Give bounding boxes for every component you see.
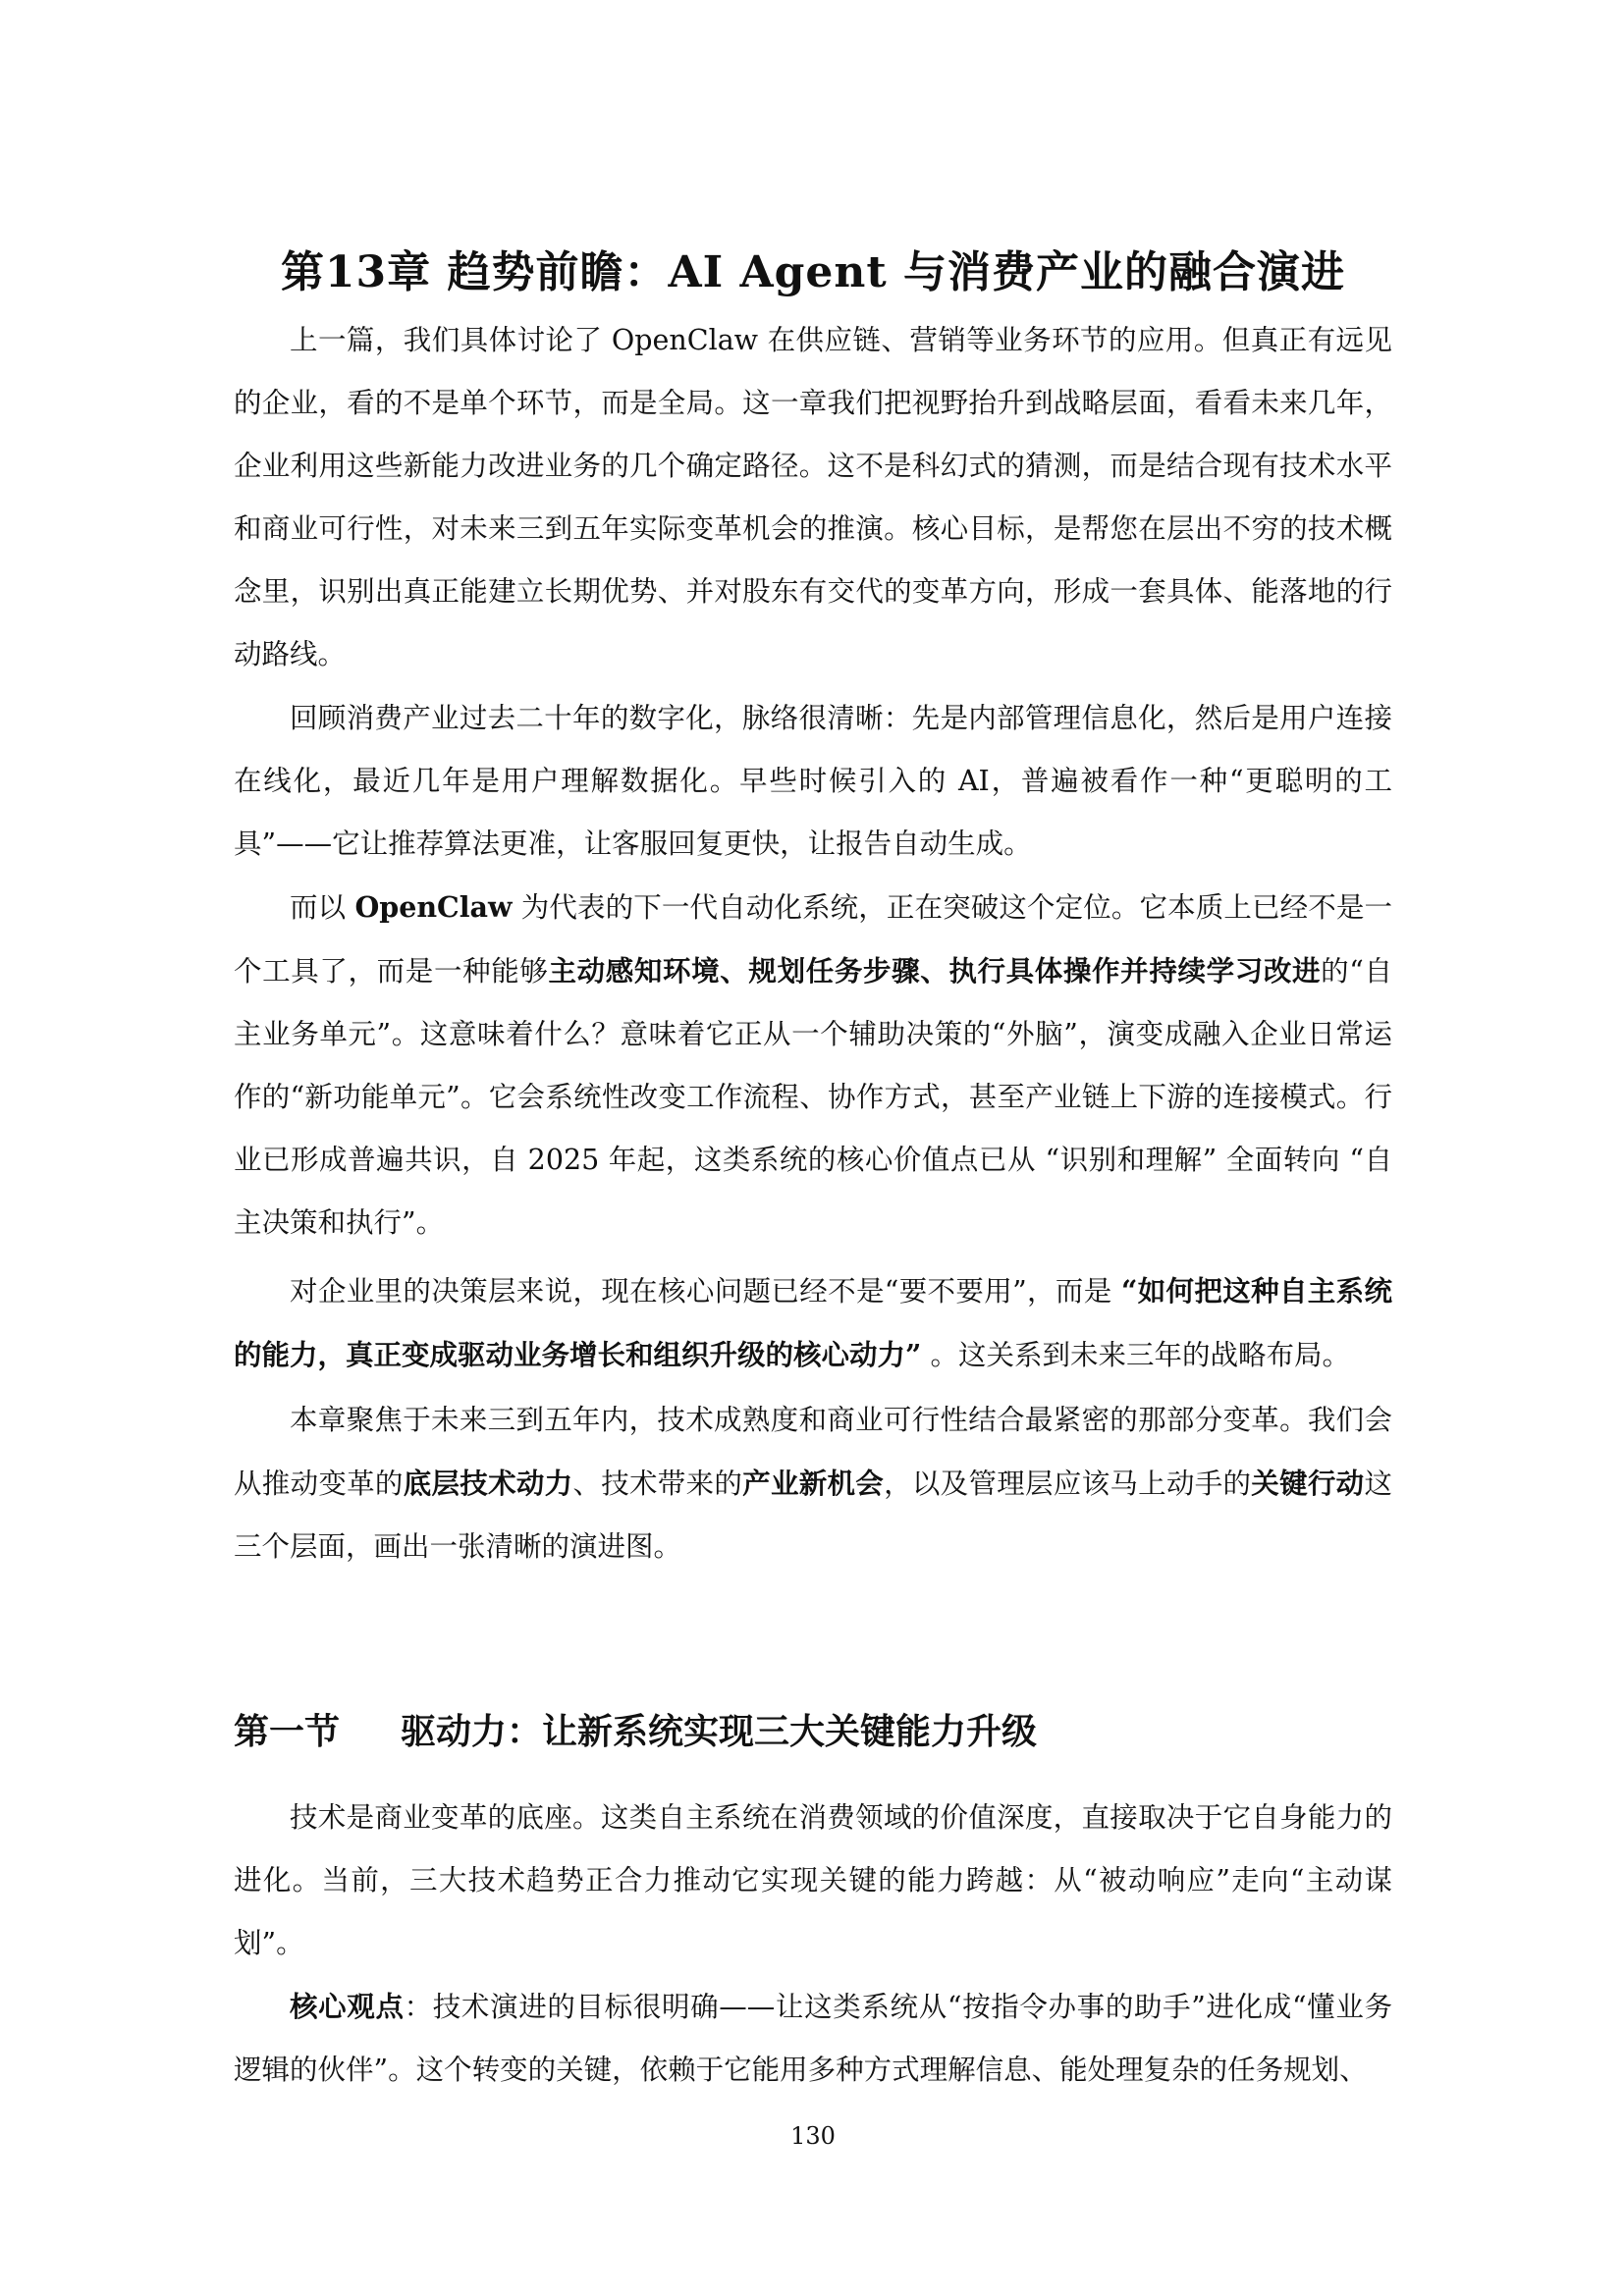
text-segment: 、技术带来的 <box>572 1468 742 1500</box>
paragraph-history: 回顾消费产业过去二十年的数字化，脉络很清晰：先是内部管理信息化，然后是用户连接在… <box>234 687 1392 876</box>
text-segment: ，以及管理层应该马上动手的 <box>884 1468 1251 1500</box>
text-segment: 。这关系到未来三年的战略布局。 <box>921 1339 1350 1371</box>
paragraph-openclaw: 而以 OpenClaw 为代表的下一代自动化系统，正在突破这个定位。它本质上已经… <box>234 876 1392 1255</box>
page-number: 130 <box>234 2122 1392 2150</box>
bold-text: 核心观点 <box>290 1990 405 2023</box>
section-heading: 驱动力：让新系统实现三大关键能力升级 <box>401 1712 1037 1752</box>
text-segment: 而以 <box>290 891 354 924</box>
paragraph-focus: 本章聚焦于未来三到五年内，技术成熟度和商业可行性结合最紧密的那部分变革。我们会从… <box>234 1389 1392 1578</box>
text-segment: 技术是商业变革的底座。这类自主系统在消费领域的价值深度，直接取决于它自身能力的进… <box>234 1801 1392 1959</box>
bold-text: 底层技术动力 <box>404 1467 573 1500</box>
text-segment: 对企业里的决策层来说，现在核心问题已经不是“要不要用”，而是 <box>290 1275 1121 1308</box>
text-segment: 上一篇，我们具体讨论了 OpenClaw 在供应链、营销等业务环节的应用。但真正… <box>234 324 1392 670</box>
text-segment: 回顾消费产业过去二十年的数字化，脉络很清晰：先是内部管理信息化，然后是用户连接在… <box>234 702 1392 860</box>
paragraph-core-view: 核心观点：技术演进的目标很明确——让这类系统从“按指令办事的助手”进化成“懂业务… <box>234 1975 1392 2102</box>
bold-text: 关键行动 <box>1251 1467 1364 1500</box>
bold-text: OpenClaw <box>354 890 512 924</box>
bold-text: 主动感知环境、规划任务步骤、执行具体操作并持续学习改进 <box>548 954 1321 988</box>
section-number: 第一节 <box>234 1712 340 1752</box>
text-segment: ：技术演进的目标很明确——让这类系统从“按指令办事的助手”进化成“懂业务逻辑的伙… <box>234 1991 1392 2086</box>
paragraph-decision: 对企业里的决策层来说，现在核心问题已经不是“要不要用”，而是 “如何把这种自主系… <box>234 1259 1392 1387</box>
text-segment: 的“自主业务单元”。这意味着什么？意味着它正从一个辅助决策的“外脑”，演变成融入… <box>234 955 1392 1239</box>
paragraph-tech-foundation: 技术是商业变革的底座。这类自主系统在消费领域的价值深度，直接取决于它自身能力的进… <box>234 1787 1392 1975</box>
chapter-title: 第13章 趋势前瞻：AI Agent 与消费产业的融合演进 <box>234 237 1392 299</box>
bold-text: 产业新机会 <box>742 1467 884 1500</box>
section-title: 第一节驱动力：让新系统实现三大关键能力升级 <box>234 1704 1037 1754</box>
paragraph-intro: 上一篇，我们具体讨论了 OpenClaw 在供应链、营销等业务环节的应用。但真正… <box>234 309 1392 686</box>
